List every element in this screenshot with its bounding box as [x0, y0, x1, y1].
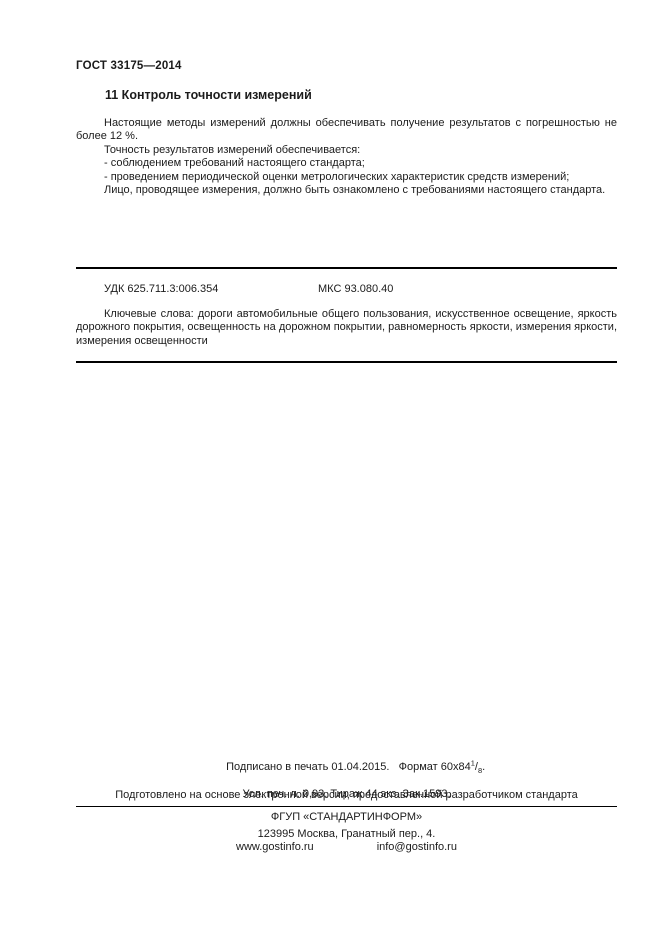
prepared-note: Подготовлено на основе электронной верси… [76, 789, 617, 801]
horizontal-rule-middle [76, 361, 617, 363]
list-item-compliance: - соблюдением требований настоящего стан… [76, 157, 617, 170]
print-info-period: . [482, 761, 485, 773]
print-info-text: Подписано в печать 01.04.2015. Формат 60… [226, 761, 471, 773]
mks-code: МКС 93.080.40 [318, 283, 393, 295]
doc-number: ГОСТ 33175—2014 [76, 60, 182, 72]
section-title: 11 Контроль точности измерений [105, 88, 312, 102]
keywords-paragraph: Ключевые слова: дороги автомобильные общ… [76, 308, 617, 348]
paragraph-accuracy-requirement: Настоящие методы измерений должны обеспе… [76, 117, 617, 144]
horizontal-rule-top [76, 267, 617, 269]
body-text: Настоящие методы измерений должны обеспе… [76, 117, 617, 197]
udk-code: УДК 625.711.3:006.354 [104, 283, 218, 295]
paragraph-accuracy-ensured: Точность результатов измерений обеспечив… [76, 144, 617, 157]
publisher-name: ФГУП «СТАНДАРТИНФОРМ» [76, 811, 617, 823]
print-info-line: Подписано в печать 01.04.2015. Формат 60… [76, 747, 617, 788]
publisher-contacts: www.gostinfo.ru info@gostinfo.ru [76, 841, 617, 853]
paragraph-person-requirement: Лицо, проводящее измерения, должно быть … [76, 184, 617, 197]
list-item-periodic-evaluation: - проведением периодической оценки метро… [76, 171, 617, 184]
document-page: ГОСТ 33175—2014 11 Контроль точности изм… [0, 0, 661, 936]
publisher-address: 123995 Москва, Гранатный пер., 4. [76, 828, 617, 840]
classification-row: УДК 625.711.3:006.354 МКС 93.080.40 [76, 283, 617, 297]
horizontal-rule-bottom [76, 806, 617, 807]
publisher-email: info@gostinfo.ru [377, 841, 457, 853]
publisher-website: www.gostinfo.ru [236, 841, 314, 853]
